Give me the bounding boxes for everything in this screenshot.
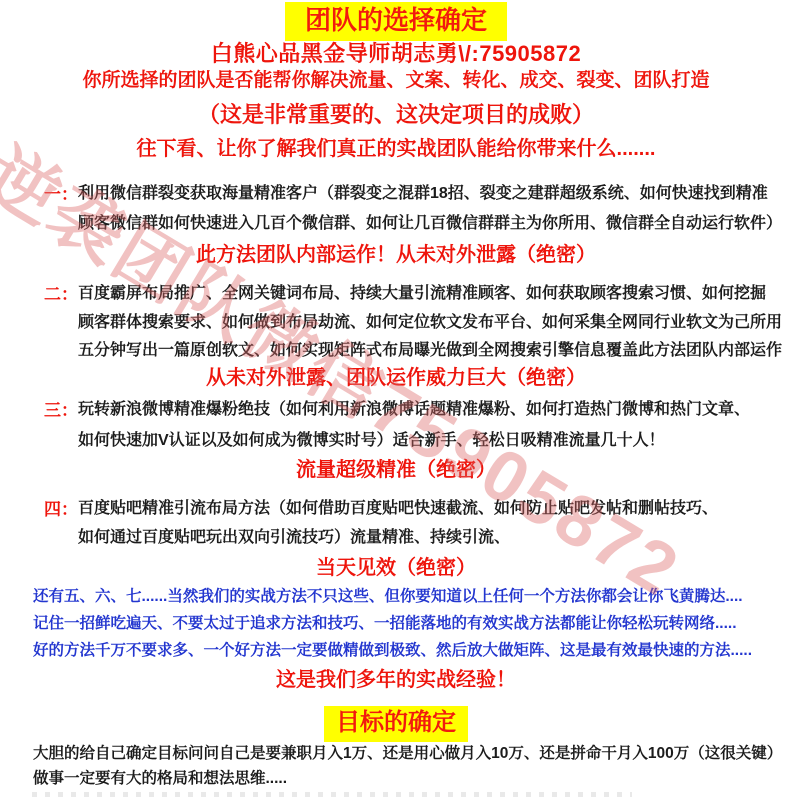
contact-line: 白熊心品黑金导师胡志勇\/:75905872 xyxy=(0,40,792,68)
section-1-line-2: 顾客微信群如何快速进入几百个微信群、如何让几百微信群群主为你所用、微信群全自动运… xyxy=(0,214,792,234)
team-title: 团队的选择确定 xyxy=(285,2,507,41)
section-3-label: 三： xyxy=(44,400,78,421)
summary-blue-line-1: 还有五、六、七......当然我们的实战方法不只这些、但你要知道以上任何一个方法… xyxy=(0,587,792,606)
section-1-highlight: 此方法团队内部运作！从未对外泄露（绝密） xyxy=(0,243,792,268)
section-1-line-1: 一：利用微信群裂变获取海量精准客户（群裂变之混群18招、裂变之建群超级系统、如何… xyxy=(0,184,792,204)
section-2-label: 二： xyxy=(44,284,78,305)
section-2-line-2: 顾客群体搜索要求、如何做到布局劫流、如何定位软文发布平台、如何采集全网同行业软文… xyxy=(0,313,792,333)
section-4-label: 四： xyxy=(44,499,78,520)
header-line-3: 往下看、让你了解我们真正的实战团队能给你带来什么....... xyxy=(0,137,792,162)
goal-title: 目标的确定 xyxy=(324,706,468,742)
section-1-text-1: 利用微信群裂变获取海量精准客户（群裂变之混群18招、裂变之建群超级系统、如何快速… xyxy=(78,185,768,202)
section-3-highlight: 流量超级精准（绝密） xyxy=(0,458,792,483)
summary-highlight: 这是我们多年的实战经验！ xyxy=(0,668,792,693)
header-line-1: 你所选择的团队是否能帮你解决流量、文案、转化、成交、裂变、团队打造 xyxy=(0,69,792,93)
section-2-text-1: 百度霸屏布局推广、全网关键词布局、持续大量引流精准顾客、如何获取顾客搜索习惯、如… xyxy=(78,285,766,302)
section-3-line-1: 三：玩转新浪微博精准爆粉绝技（如何利用新浪微博话题精准爆粉、如何打造热门微博和热… xyxy=(0,400,792,420)
section-1-label: 一： xyxy=(44,184,78,205)
goal-line-1: 大胆的给自己确定目标问问自己是要兼职月入1万、还是用心做月入10万、还是拼命干月… xyxy=(0,744,792,763)
team-title-row: 团队的选择确定 xyxy=(0,2,792,41)
summary-blue-line-3: 好的方法千万不要求多、一个好方法一定要做精做到极致、然后放大做矩阵、这是最有效最… xyxy=(0,641,792,660)
goal-line-2: 做事一定要有大的格局和想法思维..... xyxy=(0,769,792,788)
header-line-2: （这是非常重要的、这决定项目的成败） xyxy=(0,101,792,129)
section-3-text-1: 玩转新浪微博精准爆粉绝技（如何利用新浪微博话题精准爆粉、如何打造热门微博和热门文… xyxy=(78,401,750,418)
section-2-line-3: 五分钟写出一篇原创软文、如何实现矩阵式布局曝光做到全网搜索引擎信息覆盖此方法团队… xyxy=(0,341,792,361)
section-4-line-2: 如何通过百度贴吧玩出双向引流技巧）流量精准、持续引流、 xyxy=(0,528,792,548)
promo-flyer: 团队的选择确定 白熊心品黑金导师胡志勇\/:75905872 你所选择的团队是否… xyxy=(0,0,792,800)
section-4-text-1: 百度贴吧精准引流布局方法（如何借助百度贴吧快速截流、如何防止贴吧发帖和删帖技巧、 xyxy=(78,500,718,517)
summary-blue-line-2: 记住一招鲜吃遍天、不要太过于追求方法和技巧、一招能落地的有效实战方法都能让你轻松… xyxy=(0,614,792,633)
section-2-highlight: 从未对外泄露、团队运作威力巨大（绝密） xyxy=(0,366,792,391)
section-3-line-2: 如何快速加V认证以及如何成为微博实时号）适合新手、轻松日吸精准流量几十人！ xyxy=(0,431,792,451)
goal-title-row: 目标的确定 xyxy=(0,706,792,742)
clipped-text-artifact xyxy=(32,792,632,797)
section-4-line-1: 四：百度贴吧精准引流布局方法（如何借助百度贴吧快速截流、如何防止贴吧发帖和删帖技… xyxy=(0,499,792,519)
section-4-highlight: 当天见效（绝密） xyxy=(0,556,792,581)
section-2-line-1: 二：百度霸屏布局推广、全网关键词布局、持续大量引流精准顾客、如何获取顾客搜索习惯… xyxy=(0,284,792,304)
